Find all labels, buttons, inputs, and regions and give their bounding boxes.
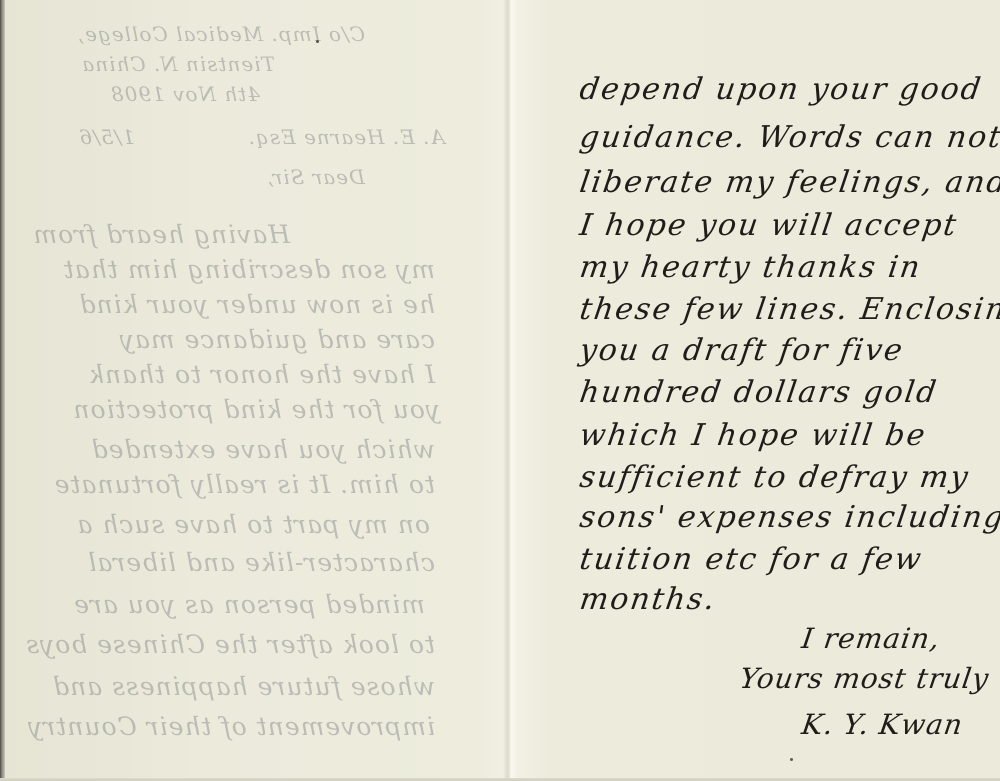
header-line: C/o Imp. Medical College, bbox=[77, 22, 365, 46]
letter-spread: C/o Imp. Medical College, Tientsin N. Ch… bbox=[0, 0, 1000, 781]
letter-line: depend upon your good bbox=[578, 72, 985, 107]
bleed-line: minded person as you are bbox=[73, 590, 425, 619]
letter-line: liberate my feelings, and bbox=[578, 165, 1000, 200]
paper-speck bbox=[790, 758, 793, 761]
bleed-line: on my part to have such a bbox=[76, 510, 430, 539]
salutation: Dear Sir, bbox=[266, 165, 365, 189]
bleed-line: to look after the Chinese boys bbox=[25, 630, 435, 659]
letter-line: these few lines. Enclosing bbox=[578, 292, 1000, 327]
letter-line: months. bbox=[578, 582, 719, 617]
letter-body: depend upon your good guidance. Words ca… bbox=[512, 0, 1000, 781]
closing: I remain, bbox=[800, 622, 943, 655]
bleed-line: which you have extended bbox=[91, 435, 435, 464]
bleed-through-text: C/o Imp. Medical College, Tientsin N. Ch… bbox=[0, 0, 505, 781]
paper-speck bbox=[316, 40, 319, 43]
left-page: C/o Imp. Medical College, Tientsin N. Ch… bbox=[0, 0, 505, 781]
bleed-line: whose future happiness and bbox=[52, 672, 435, 701]
letter-line: I hope you will accept bbox=[578, 208, 961, 243]
signature: K. Y. Kwan bbox=[800, 708, 966, 741]
bleed-line: care and guidance may bbox=[119, 325, 435, 354]
bleed-line: to him. It is really fortunate bbox=[54, 470, 435, 499]
header-line: 4th Nov 1908 bbox=[110, 82, 260, 106]
right-page: depend upon your good guidance. Words ca… bbox=[512, 0, 1000, 781]
letter-line: which I hope will be bbox=[578, 418, 929, 453]
valediction: Yours most truly bbox=[738, 662, 992, 695]
bleed-line: improvement of their Country bbox=[27, 712, 435, 741]
bleed-line: you for the kind protection bbox=[72, 395, 440, 424]
bleed-line: character-like and liberal bbox=[87, 548, 435, 577]
bleed-line: my son describing him that bbox=[63, 255, 435, 284]
letter-line: tuition etc for a few bbox=[578, 542, 926, 577]
header-line: Tientsin N. China bbox=[81, 52, 275, 76]
addressee: A. E. Hearne Esq. bbox=[248, 125, 445, 149]
bleed-line: he is now under your kind bbox=[79, 290, 435, 319]
bleed-line: Having heard from bbox=[32, 220, 290, 249]
letter-line: sons' expenses including bbox=[578, 500, 1000, 535]
letter-line: hundred dollars gold bbox=[578, 375, 941, 410]
binding-edge bbox=[0, 0, 5, 781]
margin-note: 1/5/6 bbox=[78, 125, 135, 149]
letter-line: you a draft for five bbox=[578, 333, 907, 368]
letter-line: my hearty thanks in bbox=[578, 250, 924, 285]
bleed-line: I have the honor to thank bbox=[88, 360, 435, 389]
letter-line: guidance. Words can not bbox=[578, 120, 1000, 155]
letter-line: sufficient to defray my bbox=[578, 460, 972, 495]
